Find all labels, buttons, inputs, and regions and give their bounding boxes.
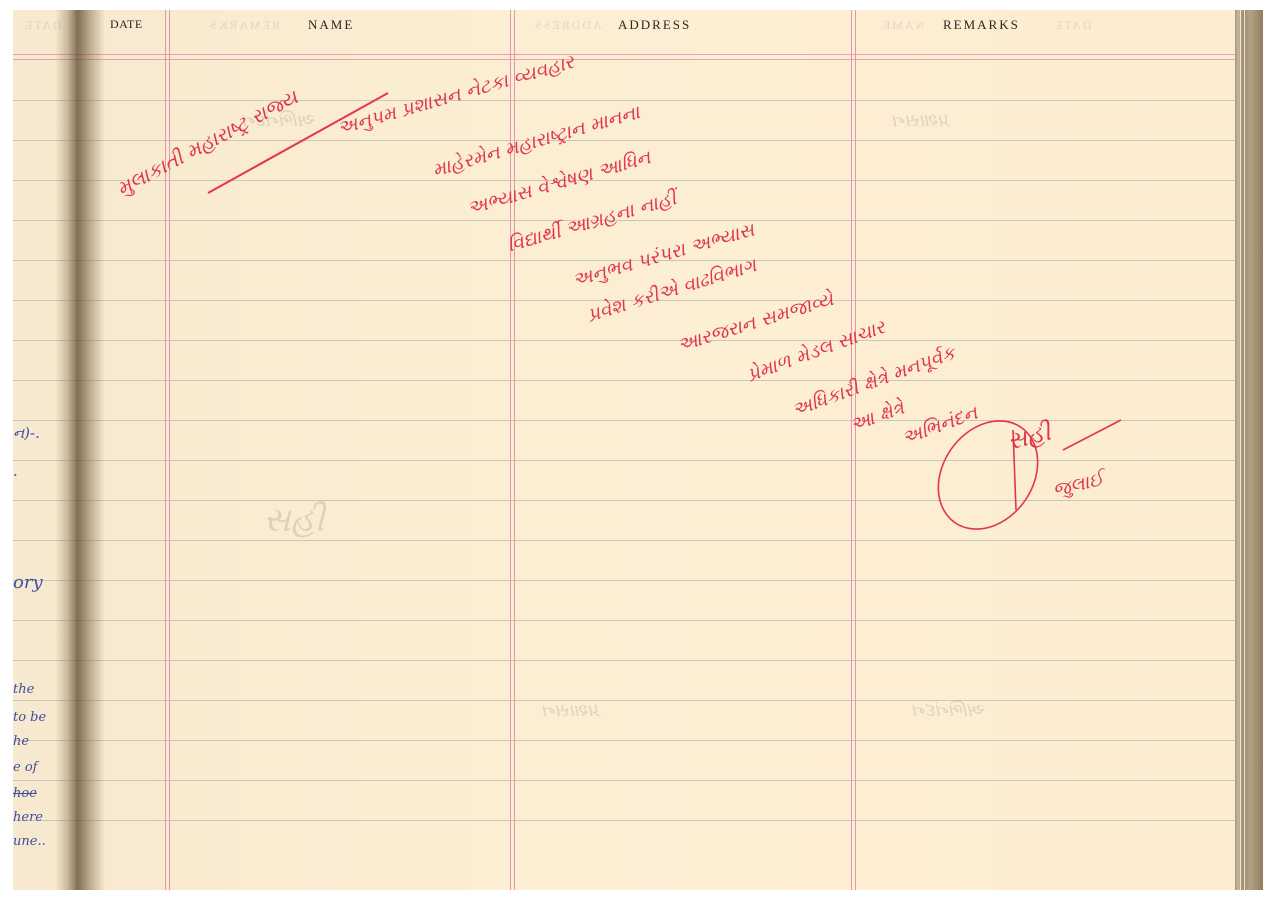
binding-gutter-shadow (55, 10, 105, 890)
signature-dash (1063, 420, 1121, 450)
signature-loop (918, 402, 1058, 549)
signature-stroke (1013, 430, 1016, 510)
red-pen-strokes (13, 10, 1235, 890)
red-underline-stroke (208, 93, 388, 193)
page-stack-edge (1235, 10, 1263, 890)
ledger-page: DATE REMARKS ADDRESS NAME DATE DATE NAME… (13, 10, 1235, 890)
